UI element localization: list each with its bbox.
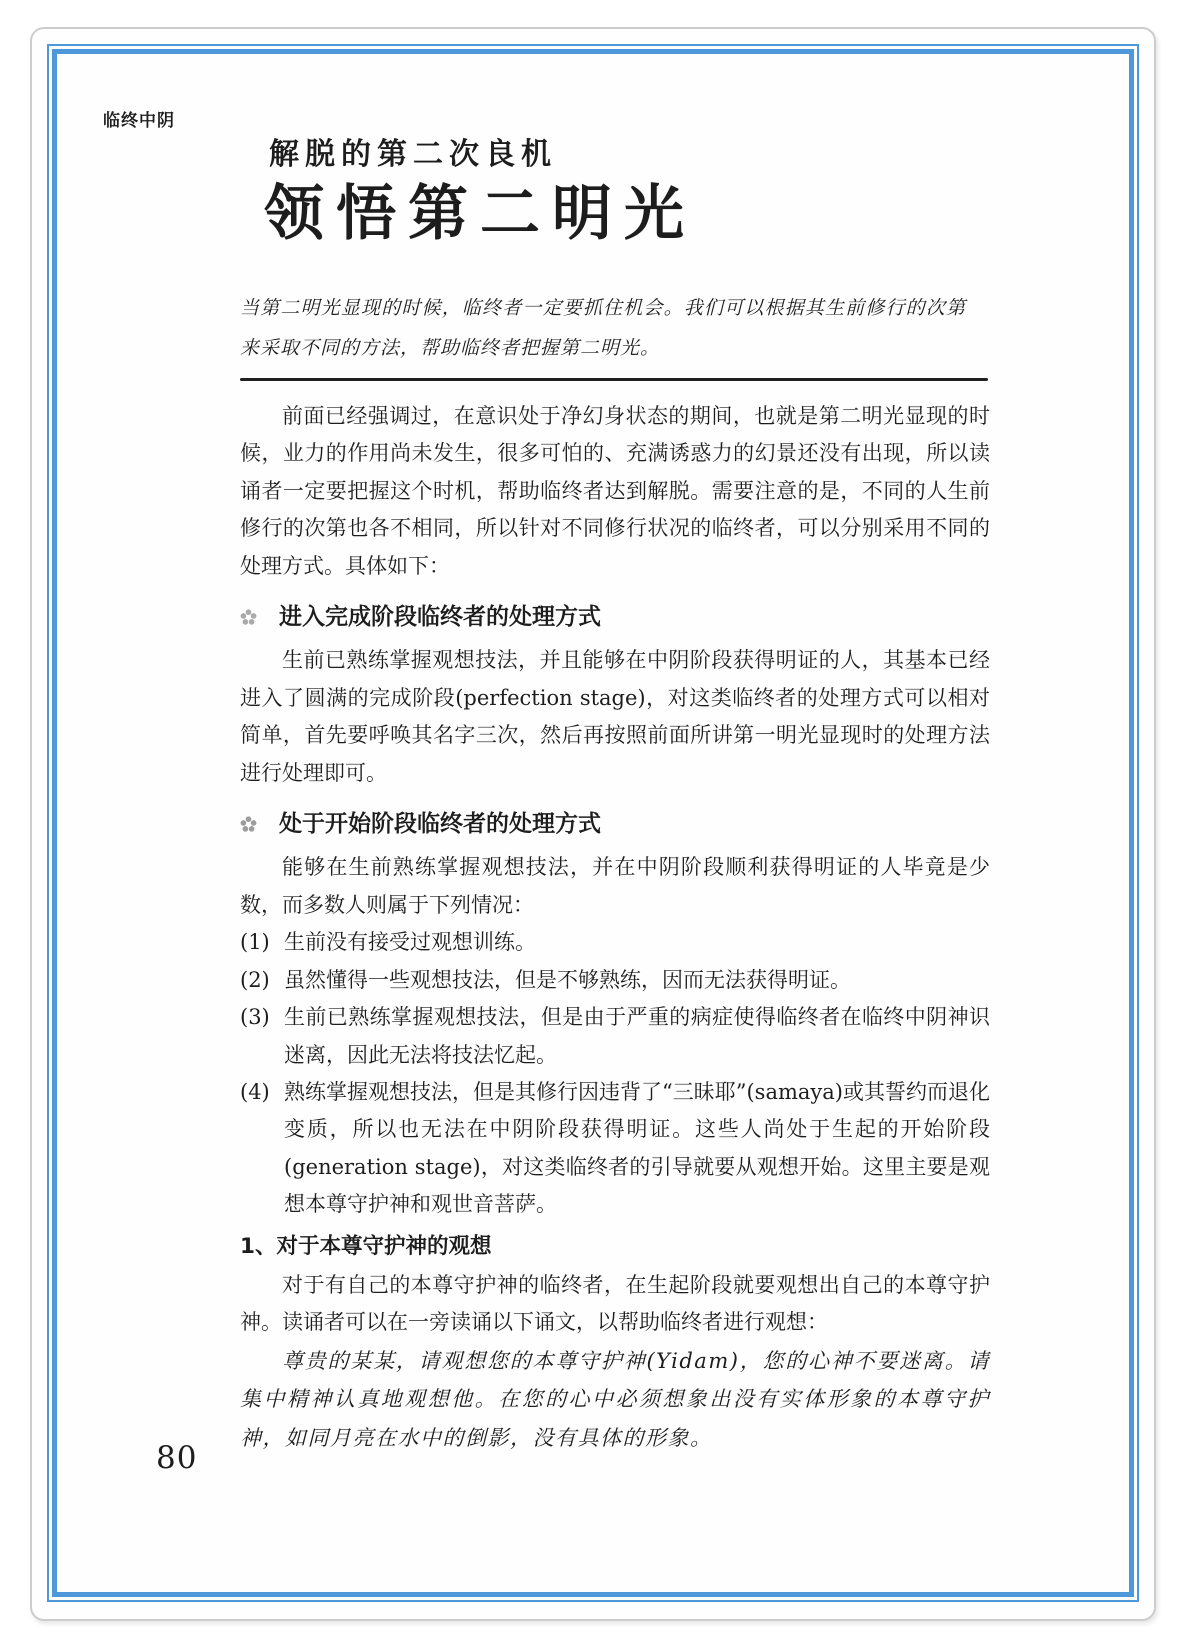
body-content: 前面已经强调过，在意识处于净幻身状态的期间，也就是第二明光显现的时候，业力的作用… [240, 398, 990, 1457]
paragraph-overview: 前面已经强调过，在意识处于净幻身状态的期间，也就是第二明光显现的时候，业力的作用… [240, 398, 990, 585]
list-item: (3) 生前已熟练掌握观想技法，但是由于严重的病症使得临终者在临终中阴神识迷离，… [240, 999, 990, 1074]
page-number: 80 [156, 1440, 197, 1476]
section-heading-text: 进入完成阶段临终者的处理方式 [279, 599, 601, 636]
list-item-marker: (3) [240, 999, 270, 1036]
recitation-text: 尊贵的某某，请观想您的本尊守护神(Yidam)，您的心神不要迷离。请集中精神认真… [240, 1342, 990, 1458]
list-item-marker: (4) [240, 1074, 270, 1111]
scanned-book-page: 临终中阴 解脱的第二次良机 领悟第二明光 当第二明光显现的时候，临终者一定要抓住… [0, 0, 1188, 1650]
list-item-text: 生前已熟练掌握观想技法，但是由于严重的病症使得临终者在临终中阴神识迷离，因此无法… [284, 1005, 990, 1066]
flower-icon [240, 816, 257, 833]
list-item-text: 虽然懂得一些观想技法，但是不够熟练，因而无法获得明证。 [284, 968, 851, 992]
case-list: (1) 生前没有接受过观想训练。 (2) 虽然懂得一些观想技法，但是不够熟练，因… [240, 924, 990, 1223]
list-item: (4) 熟练掌握观想技法，但是其修行因违背了“三昧耶”(samaya)或其誓约而… [240, 1074, 990, 1224]
section-heading-2: 处于开始阶段临终者的处理方式 [240, 806, 990, 843]
flower-icon [240, 609, 257, 626]
list-item-text: 生前没有接受过观想训练。 [284, 930, 536, 954]
section-heading-1: 进入完成阶段临终者的处理方式 [240, 599, 990, 636]
chapter-title: 领悟第二明光 [264, 166, 696, 252]
paragraph-generation-stage-intro: 能够在生前熟练掌握观想技法，并在中阴阶段顺利获得明证的人毕竟是少数，而多数人则属… [240, 849, 990, 924]
list-item: (1) 生前没有接受过观想训练。 [240, 924, 990, 961]
list-item-text: 熟练掌握观想技法，但是其修行因违背了“三昧耶”(samaya)或其誓约而退化变质… [284, 1080, 990, 1216]
section-heading-text: 处于开始阶段临终者的处理方式 [279, 806, 601, 843]
list-item-marker: (2) [240, 962, 270, 999]
margin-label: 临终中阴 [103, 106, 175, 131]
list-item-marker: (1) [240, 924, 270, 961]
divider-rule [240, 378, 988, 381]
subsection-heading-yidam: 1、对于本尊守护神的观想 [240, 1228, 990, 1265]
list-item: (2) 虽然懂得一些观想技法，但是不够熟练，因而无法获得明证。 [240, 962, 990, 999]
intro-abstract: 当第二明光显现的时候，临终者一定要抓住机会。我们可以根据其生前修行的次第来采取不… [240, 288, 966, 368]
paragraph-yidam: 对于有自己的本尊守护神的临终者，在生起阶段就要观想出自己的本尊守护神。读诵者可以… [240, 1267, 990, 1342]
paragraph-perfection-stage: 生前已熟练掌握观想技法，并且能够在中阴阶段获得明证的人，其基本已经进入了圆满的完… [240, 642, 990, 792]
